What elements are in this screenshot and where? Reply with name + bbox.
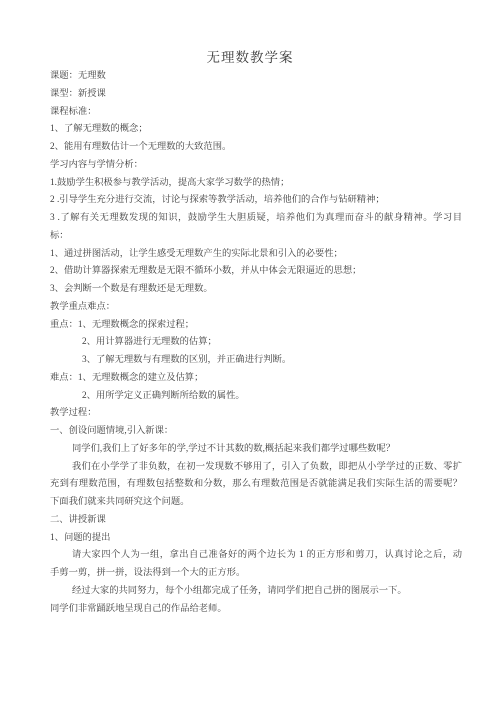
document-title: 无理数教学案: [0, 47, 500, 69]
line-standard-item-1: 1、了解无理数的概念；: [50, 121, 462, 139]
line-curriculum-standard-heading: 课程标准：: [50, 104, 462, 122]
line-section-1-heading: 一、创设问题情境,引入新课：: [50, 423, 462, 441]
line-para-research-together: 下面我们就来共同研究这个问题。: [50, 494, 462, 512]
line-topic: 课题：无理数: [50, 68, 462, 86]
line-content-analysis-heading: 学习内容与学情分析：: [50, 157, 462, 175]
line-para-students-question: 同学们,我们上了好多年的学,学过不计其数的数,概括起来我们都学过哪些数呢？: [50, 441, 462, 459]
line-para-present-work: 同学们非常踊跃地呈现自己的作品给老师。: [50, 601, 462, 619]
document-page: 无理数教学案 课题：无理数 课型：新授课 课程标准： 1、了解无理数的概念； 2…: [0, 0, 500, 707]
line-problem-heading: 1、问题的提出: [50, 530, 462, 548]
line-key-point-2: 2、用计算器进行无理数的估算；: [50, 334, 462, 352]
line-key-points-heading: 教学重点难点：: [50, 299, 462, 317]
line-goal-item-2: 2、借助计算器探索无理数是无限不循环小数，并从中体会无限逼近的思想；: [50, 263, 462, 281]
line-key-point-1: 重点：1、无理数概念的探索过程；: [50, 317, 462, 335]
line-para-group-activity-1: 请大家四个人为一组，拿出自己准备好的两个边长为 1 的正方形和剪刀，认真讨论之后…: [50, 547, 462, 565]
line-difficult-point-2: 2、用所学定义正确判断所给数的属性。: [50, 388, 462, 406]
line-teaching-process-heading: 教学过程：: [50, 405, 462, 423]
document-body: 课题：无理数 课型：新授课 课程标准： 1、了解无理数的概念； 2、能用有理数估…: [50, 68, 462, 618]
line-section-2-heading: 二、讲授新课: [50, 512, 462, 530]
line-goal-item-1: 1、通过拼图活动，让学生感受无理数产生的实际北景和引入的必要性；: [50, 246, 462, 264]
line-key-point-3: 3、了解无理数与有理数的区别，并正确进行判断。: [50, 352, 462, 370]
line-course-type: 课型：新授课: [50, 86, 462, 104]
line-analysis-item-3: 3 .了解有关无理数发现的知识，鼓励学生大胆质疑，培养他们为真理而奋斗的献身精神…: [50, 210, 462, 228]
line-para-group-activity-2: 手剪一剪，拼一拼，设法得到一个大的正方形。: [50, 565, 462, 583]
line-analysis-item-1: 1.鼓励学生积极参与教学活动，提高大家学习数学的热情；: [50, 175, 462, 193]
line-para-primary-school-2: 充到有理数范围，有理数包括整数和分数，那么有理数范围是否就能满足我们实际生活的需…: [50, 476, 462, 494]
line-difficult-point-1: 难点：1、无理数概念的建立及估算；: [50, 370, 462, 388]
line-goal-item-3: 3、会判断一个数是有理数还是无理数。: [50, 281, 462, 299]
line-analysis-item-3-continued: 标：: [50, 228, 462, 246]
line-standard-item-2: 2、能用有理数估计一个无理数的大致范围。: [50, 139, 462, 157]
line-para-primary-school-1: 我们在小学学了非负数，在初一发现数不够用了，引入了负数，即把从小学学过的正数、零…: [50, 459, 462, 477]
line-para-group-effort: 经过大家的共同努力，每个小组都完成了任务，请同学们把自己拼的图展示一下。: [50, 583, 462, 601]
line-analysis-item-2: 2 .引导学生充分进行交流，讨论与探索等教学活动，培养他们的合作与钻研精神；: [50, 192, 462, 210]
